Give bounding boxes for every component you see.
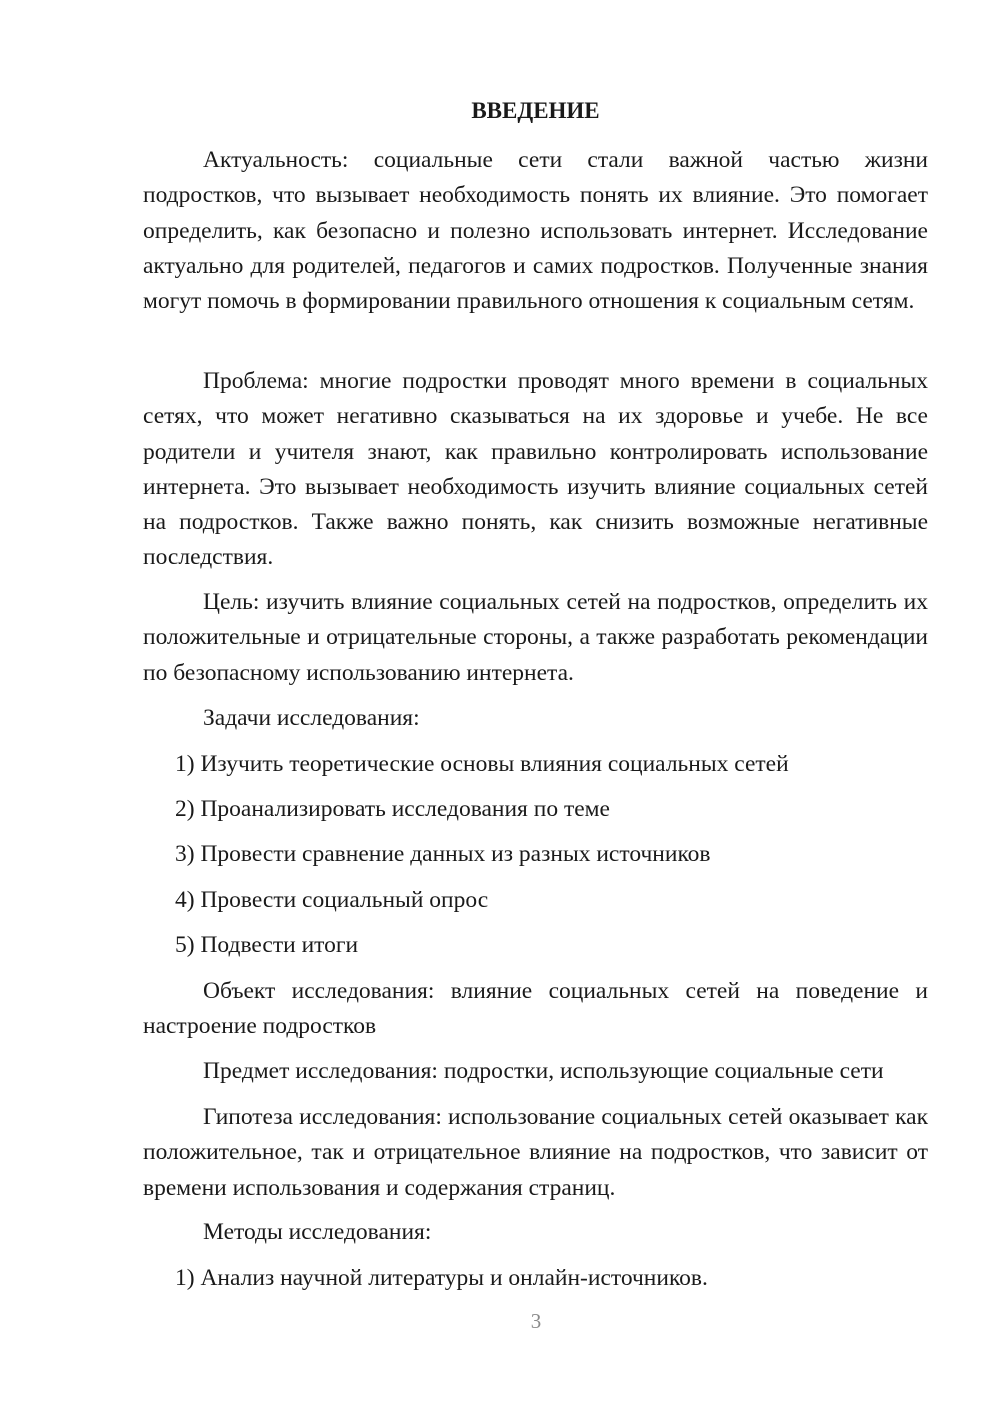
document-page: ВВЕДЕНИЕ Актуальность: социальные сети с… <box>0 0 1000 1414</box>
task-item-1: 1) Изучить теоретические основы влияния … <box>143 747 928 782</box>
section-heading: ВВЕДЕНИЕ <box>143 96 928 126</box>
hypothesis-paragraph: Гипотеза исследования: использование соц… <box>143 1100 928 1206</box>
problem-paragraph: Проблема: многие подростки проводят мног… <box>143 364 928 576</box>
method-item-1: 1) Анализ научной литературы и онлайн-ис… <box>143 1261 928 1296</box>
task-item-2: 2) Проанализировать исследования по теме <box>143 792 928 827</box>
task-item-3: 3) Провести сравнение данных из разных и… <box>143 837 928 872</box>
page-number: 3 <box>0 1306 1000 1336</box>
object-paragraph: Объект исследования: влияние социальных … <box>143 974 928 1045</box>
subject-paragraph: Предмет исследования: подростки, использ… <box>143 1054 928 1089</box>
task-item-4: 4) Провести социальный опрос <box>143 883 928 918</box>
relevance-paragraph: Актуальность: социальные сети стали важн… <box>143 143 928 319</box>
methods-title: Методы исследования: <box>143 1215 928 1250</box>
tasks-title: Задачи исследования: <box>143 701 928 736</box>
task-item-5: 5) Подвести итоги <box>143 928 928 963</box>
goal-paragraph: Цель: изучить влияние социальных сетей н… <box>143 585 928 691</box>
